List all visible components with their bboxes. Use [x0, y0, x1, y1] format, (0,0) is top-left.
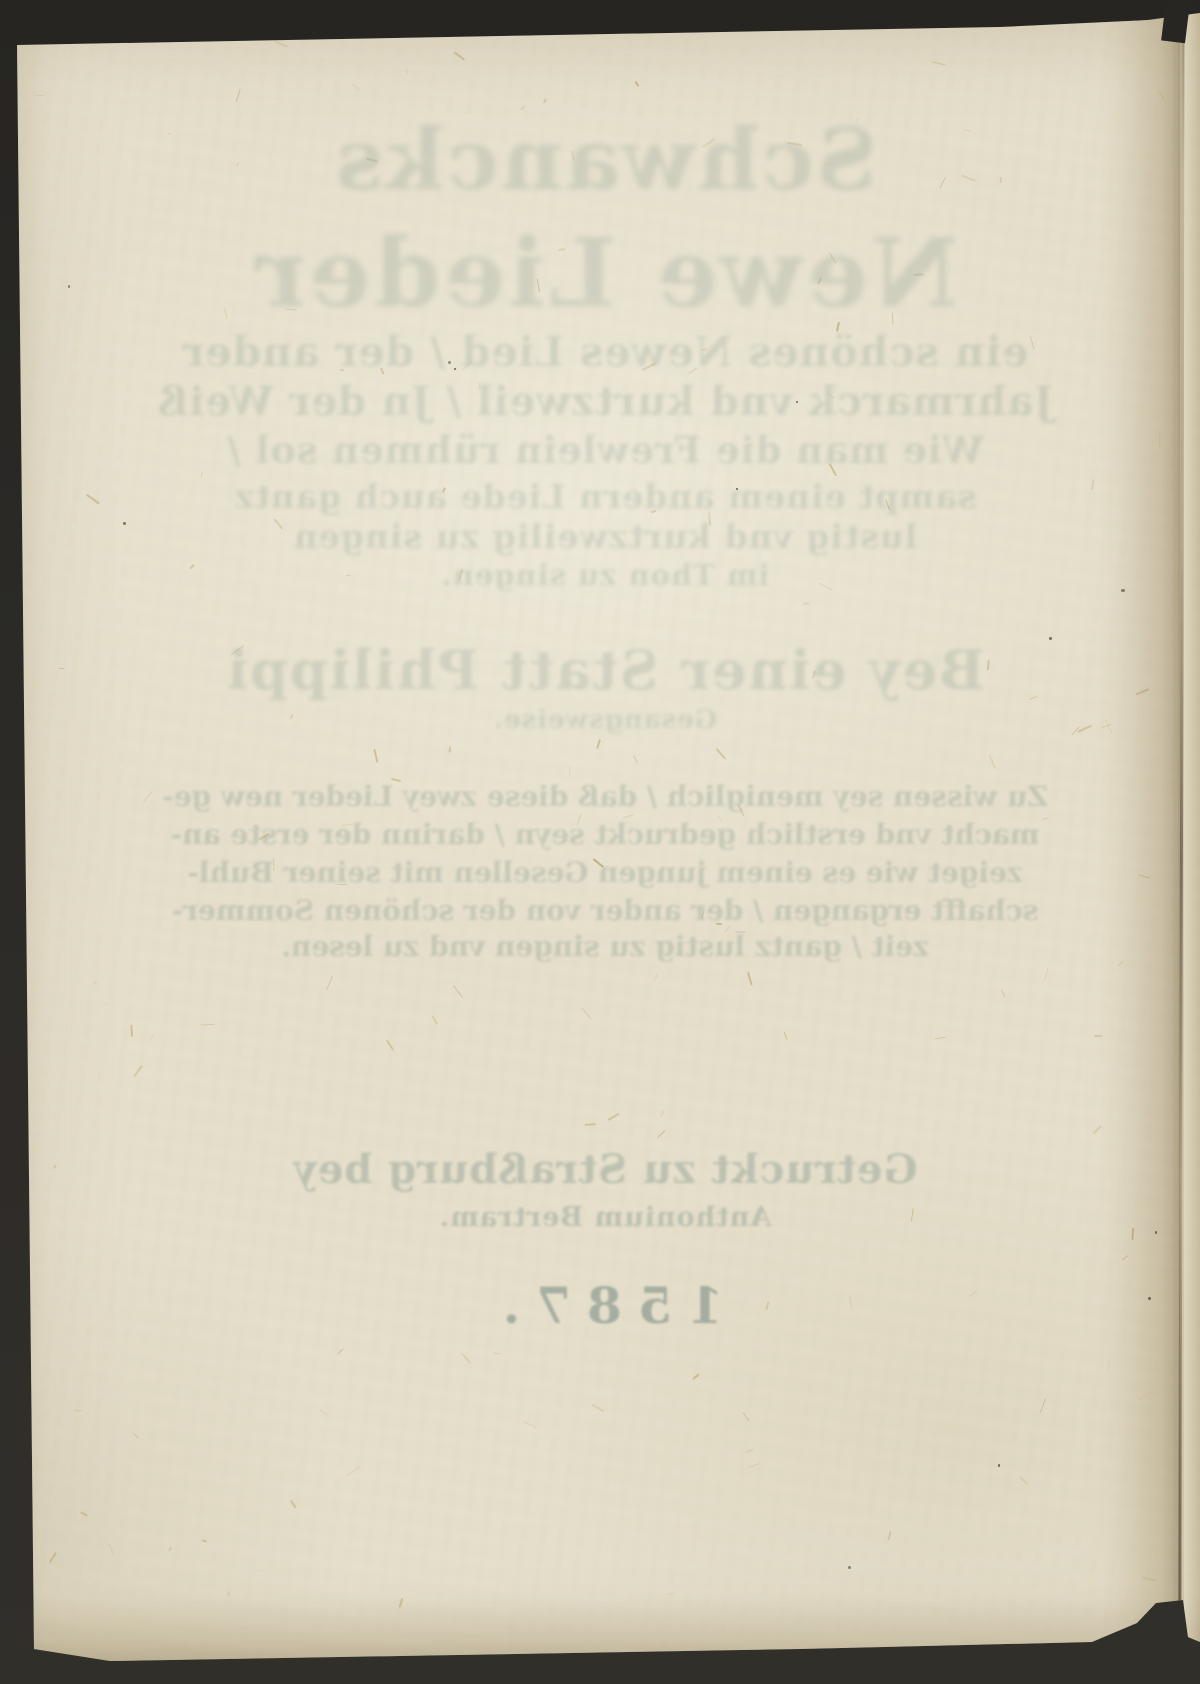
- ghost-text-line: Jahrmarck vnd kurtzweil / Jn der Weiß: [20, 378, 1190, 425]
- ghost-text-line: Gesangsweise.: [20, 705, 1190, 735]
- ghost-text-line: 1587.: [20, 1276, 1190, 1335]
- ghost-text-line: ein schönes Newes Lied / der ander: [20, 328, 1190, 376]
- ghost-text-line: Newe Lieder: [20, 218, 1190, 329]
- book-page: SchwancksNewe Liederein schönes Newes Li…: [0, 0, 1200, 1684]
- ghost-text-line: Getruckt zu Straßburg bey: [20, 1146, 1190, 1193]
- ghost-text-line: im Thon zu singen.: [20, 558, 1190, 592]
- ghost-text-line: zeit / gantz lustig zu singen vnd zu les…: [20, 930, 1190, 963]
- ghost-text-line: Bey einer Statt Philippi: [20, 638, 1190, 702]
- gutter-page-sliver: [1184, 0, 1200, 1684]
- ghost-text-line: schafft ergangen / der ander von der sch…: [20, 894, 1190, 927]
- ghost-text-line: macht vnd erstlich gedruckt seyn / darin…: [20, 818, 1190, 851]
- scan-canvas: { "scan": { "description": "Verso (blank…: [0, 0, 1200, 1684]
- ghost-text-line: Zu wissen sey meniglich / daß diese zwey…: [20, 780, 1190, 813]
- ghost-text-line: Anthonium Bertram.: [20, 1202, 1190, 1233]
- ghost-text-line: sampt einem andern Liede auch gantz: [20, 477, 1190, 516]
- ghost-text-line: Schwancks: [20, 110, 1190, 209]
- bottom-edge-shading: [0, 1598, 1200, 1662]
- ghost-text-line: Wie man die Frewlein rühmen sol /: [20, 428, 1190, 472]
- gutter-shading: [1100, 0, 1180, 1684]
- ghost-text-line: zeiget wie es einem jungen Gesellen mit …: [20, 856, 1190, 889]
- bleedthrough-text: SchwancksNewe Liederein schönes Newes Li…: [0, 0, 1200, 1684]
- ghost-text-line: lustig vnd kurtzweilig zu singen: [20, 517, 1190, 556]
